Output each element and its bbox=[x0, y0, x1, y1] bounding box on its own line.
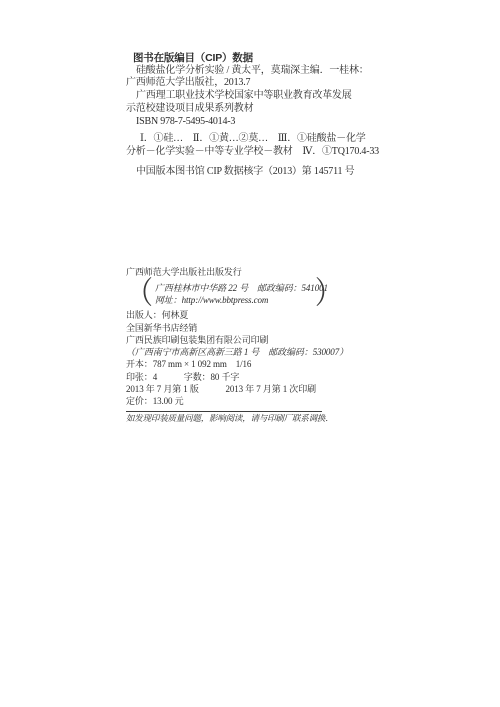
cip-record-number: 中国版本图书馆 CIP 数据核字（2013）第 145711 号 bbox=[126, 166, 426, 179]
cip-header: 图书在版编目（CIP）数据 bbox=[126, 52, 426, 65]
distribution-line: 全国新华书店经销 bbox=[126, 322, 456, 334]
cip-series-line-2: 示范校建设项目成果系列教材 bbox=[126, 103, 426, 116]
left-paren: （ bbox=[126, 277, 153, 310]
right-paren: ） bbox=[315, 277, 342, 310]
cip-classification-line-1: Ⅰ．①硅… Ⅱ．①黄…②莫… Ⅲ．①硅酸盐－化学 bbox=[126, 133, 426, 146]
copyright-page: 图书在版编目（CIP）数据 硅酸盐化学分析实验 / 黄太平，莫瑞深主编．一桂林：… bbox=[0, 0, 500, 707]
publisher-address-group: （ 广西桂林市中华路 22 号 邮政编码：541001 网址：http://ww… bbox=[126, 279, 456, 308]
quality-note: 如发现印装质量问题，影响阅读，请与印刷厂联系调换． bbox=[126, 413, 456, 424]
printer-address-line: （广西南宁市高新区高新三路 1 号 邮政编码：530007） bbox=[126, 346, 456, 358]
edition-line: 2013 年 7 月第 1 版 2013 年 7 月第 1 次印刷 bbox=[126, 383, 456, 395]
divider-rule bbox=[126, 411, 322, 412]
cip-series-line-1: 广西理工职业技术学校国家中等职业教育改革发展 bbox=[126, 90, 426, 103]
price-line: 定价：13.00 元 bbox=[126, 395, 456, 407]
format-line: 开本：787 mm × 1 092 mm 1/16 bbox=[126, 358, 456, 370]
cip-block: 图书在版编目（CIP）数据 硅酸盐化学分析实验 / 黄太平，莫瑞深主编．一桂林：… bbox=[126, 52, 426, 178]
printer-line: 广西民族印刷包装集团有限公司印刷 bbox=[126, 334, 456, 346]
cip-title-line-2: 广西师范大学出版社，2013.7 bbox=[126, 77, 426, 90]
publisher-person-line: 出版人：何林夏 bbox=[126, 309, 456, 321]
print-sheets-line: 印张：4 字数：80 千字 bbox=[126, 371, 456, 383]
publisher-line: 广西师范大学出版社出版发行 bbox=[126, 266, 456, 278]
cip-classification-line-2: 分析－化学实验－中等专业学校－教材 Ⅳ．①TQ170.4-33 bbox=[126, 146, 426, 159]
colophon-block: 广西师范大学出版社出版发行 （ 广西桂林市中华路 22 号 邮政编码：54100… bbox=[126, 266, 456, 424]
cip-isbn: ISBN 978-7-5495-4014-3 bbox=[126, 116, 426, 129]
publisher-website: 网址：http://www.bbtpress.com bbox=[155, 294, 315, 306]
publisher-address-content: 广西桂林市中华路 22 号 邮政编码：541001 网址：http://www.… bbox=[153, 282, 315, 307]
cip-title-line-1: 硅酸盐化学分析实验 / 黄太平，莫瑞深主编．一桂林： bbox=[126, 65, 426, 78]
publisher-address: 广西桂林市中华路 22 号 邮政编码：541001 bbox=[155, 282, 315, 294]
